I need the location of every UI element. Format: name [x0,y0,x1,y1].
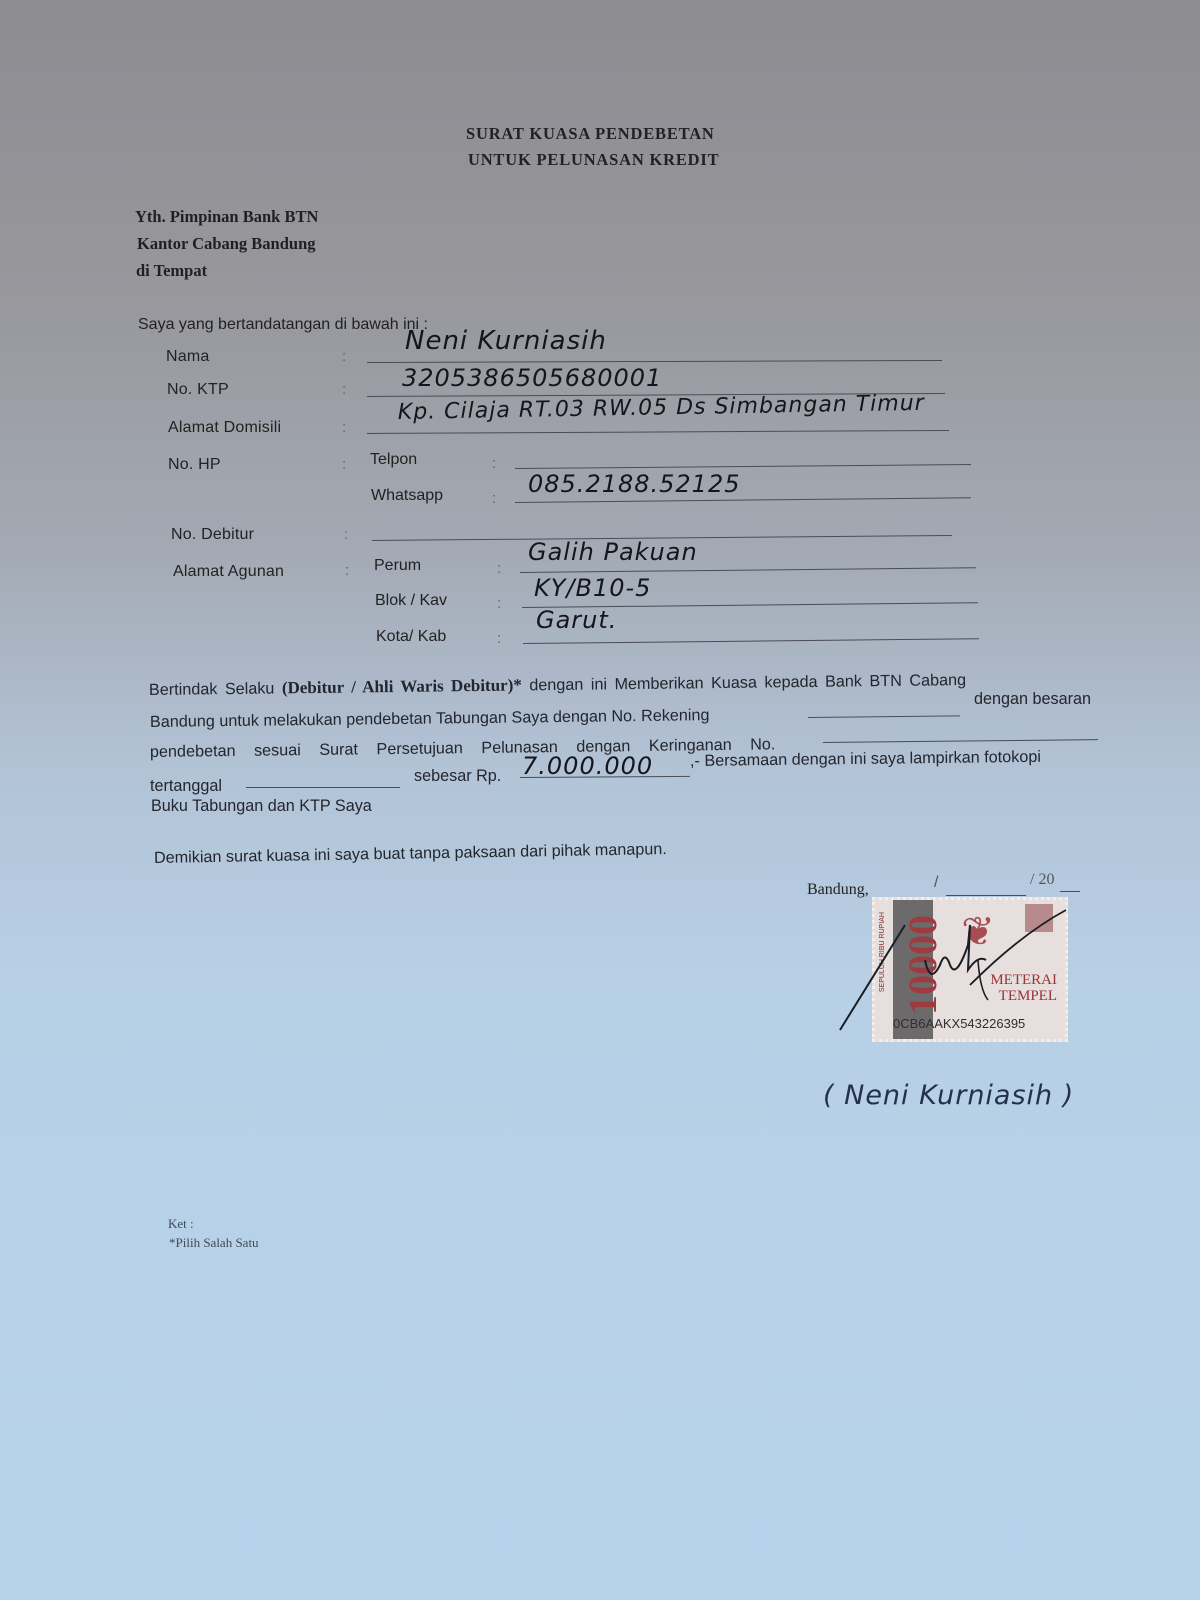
telpon-colon: : [492,455,496,472]
date-sep: / [934,874,938,892]
signatory-name: ( Neni Kurniasih ) [823,1080,1074,1111]
telpon-line [515,464,971,469]
blok-label: Blok / Kav [375,592,447,610]
document-title-line1: SURAT KUASA PENDEBETAN [466,124,715,144]
blok-colon: : [497,595,501,612]
debitur-option: (Debitur / Ahli Waris Debitur)* [282,675,522,697]
note-text: *Pilih Salah Satu [169,1235,259,1251]
ktp-colon: : [342,381,346,398]
blok-value[interactable]: KY/B10-5 [534,574,651,602]
addressee-line2: Kantor Cabang Bandung [137,234,316,254]
addressee-line1: Yth. Pimpinan Bank BTN [135,207,318,227]
kota-value[interactable]: Garut. [536,606,617,634]
signature-scribble [830,905,1080,1035]
date-year: / 20 [1030,871,1054,889]
alamat-line [367,430,949,434]
perum-label: Perum [374,557,421,575]
ktp-label: No. KTP [167,381,229,399]
whatsapp-label: Whatsapp [371,487,443,505]
whatsapp-value[interactable]: 085.2188.52125 [528,470,741,498]
body-line3: pendebetan sesuai Surat Persetujuan Pelu… [150,735,776,762]
kota-colon: : [497,630,501,647]
body-line2-a: Bandung untuk melakukan pendebetan Tabun… [150,706,710,732]
kota-line [523,638,979,644]
note-label: Ket : [168,1216,194,1232]
agunan-colon: : [345,562,349,579]
nama-value[interactable]: Neni Kurniasih [405,326,607,356]
kota-label: Kota/ Kab [376,628,446,646]
debitur-label: No. Debitur [171,526,254,544]
rekening-line [808,715,960,718]
nama-label: Nama [166,348,209,366]
agunan-label: Alamat Agunan [173,563,284,581]
alamat-label: Alamat Domisili [168,419,281,437]
perum-value[interactable]: Galih Pakuan [528,538,698,566]
perum-colon: : [497,560,501,577]
body-line1-c: dengan ini Memberikan Kuasa kepada Bank … [522,671,966,694]
tertanggal-line [246,787,400,788]
date-year-line [1060,891,1080,892]
ktp-value[interactable]: 3205386505680001 [402,364,662,392]
keringanan-line [823,739,1098,743]
body-line1: Bertindak Selaku (Debitur / Ahli Waris D… [149,670,966,700]
body-line1-a: Bertindak Selaku [149,679,282,699]
telpon-label: Telpon [370,451,417,469]
amount-value[interactable]: 7.000.000 [522,752,653,780]
hp-colon: : [342,456,346,473]
nama-line [367,360,942,363]
date-month-line [946,895,1026,896]
body-line4-a: tertanggal [150,777,222,796]
addressee-line3: di Tempat [136,261,207,281]
whatsapp-colon: : [492,490,496,507]
perum-line [520,567,976,573]
body-line4-c: ,- Bersamaan dengan ini saya lampirkan f… [690,748,1041,771]
whatsapp-line [515,497,971,503]
body-line5: Buku Tabungan dan KTP Saya [151,797,372,816]
debitur-colon: : [344,526,348,543]
body-line4-b: sebesar Rp. [414,767,501,786]
alamat-colon: : [342,419,346,436]
nama-colon: : [342,348,346,365]
closing-text: Demikian surat kuasa ini saya buat tanpa… [154,840,667,868]
hp-label: No. HP [168,456,221,474]
document-title-line2: UNTUK PELUNASAN KREDIT [468,150,719,170]
intro-text: Saya yang bertandatangan di bawah ini : [138,316,428,334]
body-line2-b: dengan besaran [974,690,1091,709]
signature-place: Bandung, [807,881,869,899]
